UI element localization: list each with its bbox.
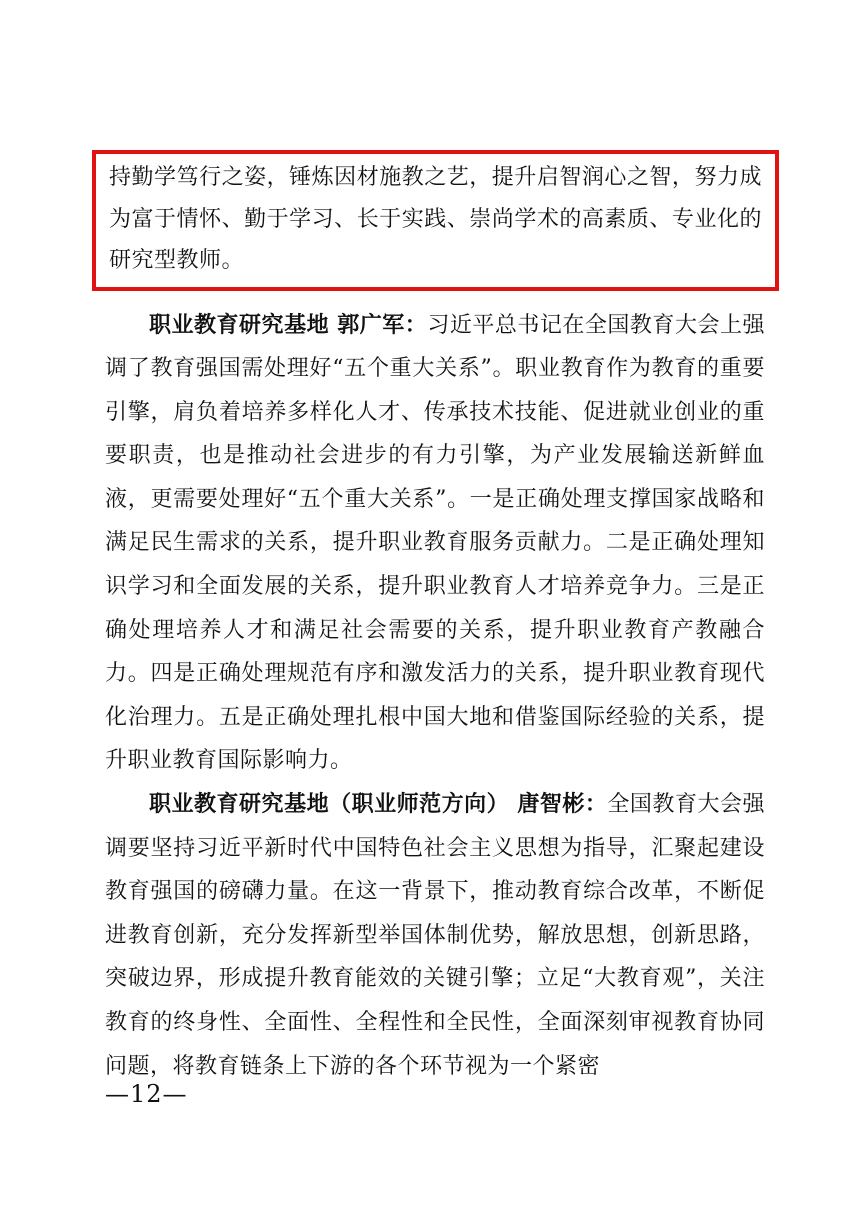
text-column: 持勤学笃行之姿，锤炼因材施教之艺，提升启智润心之智，努力成为富于情怀、勤于学习、… [105, 150, 765, 1088]
paragraph-body-guo-guangjun: 习近平总书记在全国教育大会上强调了教育强国需处理好“五个重大关系”。职业教育作为… [105, 313, 765, 774]
highlighted-paragraph: 持勤学笃行之姿，锤炼因材施教之艺，提升启智润心之智，努力成为富于情怀、勤于学习、… [109, 157, 762, 282]
document-page: 持勤学笃行之姿，锤炼因材施教之艺，提升启智润心之智，努力成为富于情怀、勤于学习、… [0, 0, 860, 1216]
paragraph-lead-tang-zhibin: 职业教育研究基地（职业师范方向） 唐智彬： [149, 792, 607, 817]
paragraph-tang-zhibin: 职业教育研究基地（职业师范方向） 唐智彬：全国教育大会强调要坚持习近平新时代中国… [105, 783, 765, 1088]
paragraph-body-tang-zhibin: 全国教育大会强调要坚持习近平新时代中国特色社会主义思想为指导，汇聚起建设教育强国… [105, 792, 765, 1079]
red-highlight-box: 持勤学笃行之姿，锤炼因材施教之艺，提升启智润心之智，努力成为富于情怀、勤于学习、… [92, 150, 779, 291]
paragraph-guo-guangjun: 职业教育研究基地 郭广军：习近平总书记在全国教育大会上强调了教育强国需处理好“五… [105, 304, 765, 784]
paragraph-lead-guo-guangjun: 职业教育研究基地 郭广军： [149, 313, 427, 338]
page-number: —12— [105, 1080, 188, 1108]
